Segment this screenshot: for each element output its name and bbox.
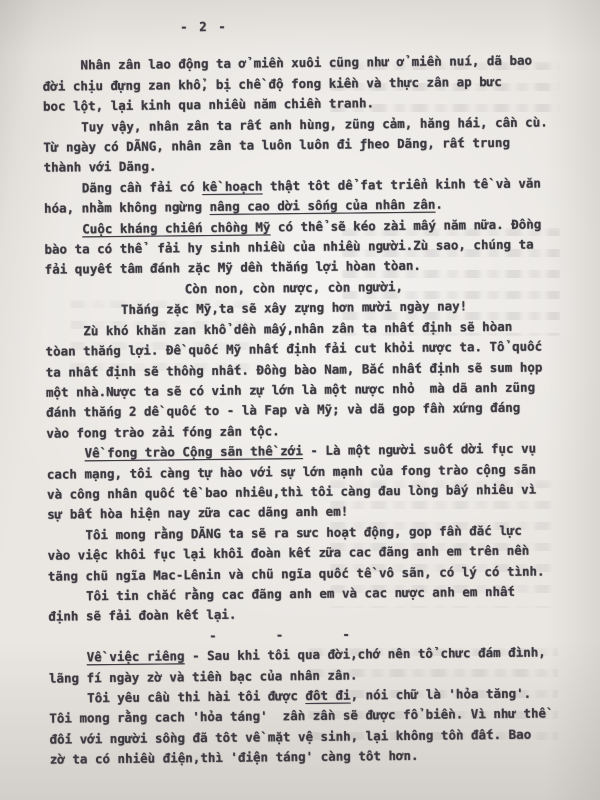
underlined-phrase: Về fong trào Cộng sãn thề zới [84,443,302,460]
paragraph: Cuộc kháng chiến chồng Mỹ có thể sẽ kéo … [44,214,557,281]
paragraph: Tôi tin chắc rằng cac đãng anh em và cac… [48,581,560,627]
underlined-phrase: nâng cao dời sống của nhân zân [209,197,435,214]
paragraph: Zù khó khăn zan khổ dền mấy,nhân zân ta … [45,316,558,444]
underlined-phrase: Về việc riêng [87,648,185,664]
underlined-phrase: kề hoạch [202,178,262,194]
paragraph: Tôi mong rằng DÃNG ta sẽ ra sưc hoạt độn… [47,520,560,587]
paragraph: Về việc riêng - Sau khi tôi qua đời,chớ … [49,643,561,689]
underlined-phrase: Cuộc kháng chiến chồng Mỹ [82,219,270,236]
paragraph: Nhân zân lao động ta ở miền xuôi cũng nh… [42,51,555,118]
paragraph: Dãng cần fải có kề hoạch thật tôt dể fat… [44,173,556,219]
page-number: - 2 - [180,13,554,37]
scanned-page: - 2 - Nhân zân lao động ta ở miền xuôi c… [0,0,600,800]
underlined-phrase: đôt đi [305,688,350,703]
paragraph: Về fong trào Cộng sãn thề zới - Là một n… [46,438,559,525]
text-line: zờ ta có nhiều điện,thì 'điện táng' càng… [50,745,562,771]
paragraph: Tôi yêu cầu thi hài tôi được đôt đi, nói… [49,683,562,770]
page-content: - 2 - Nhân zân lao động ta ở miền xuôi c… [42,13,562,770]
document-text: Nhân zân lao động ta ở miền xuôi cũng nh… [42,51,561,771]
paragraph: Tuy vậy, nhân zân ta rất anh hùng, zũng … [43,112,556,179]
verse: Còn non, còn nược, còn người,Thắng zặc M… [45,275,557,321]
